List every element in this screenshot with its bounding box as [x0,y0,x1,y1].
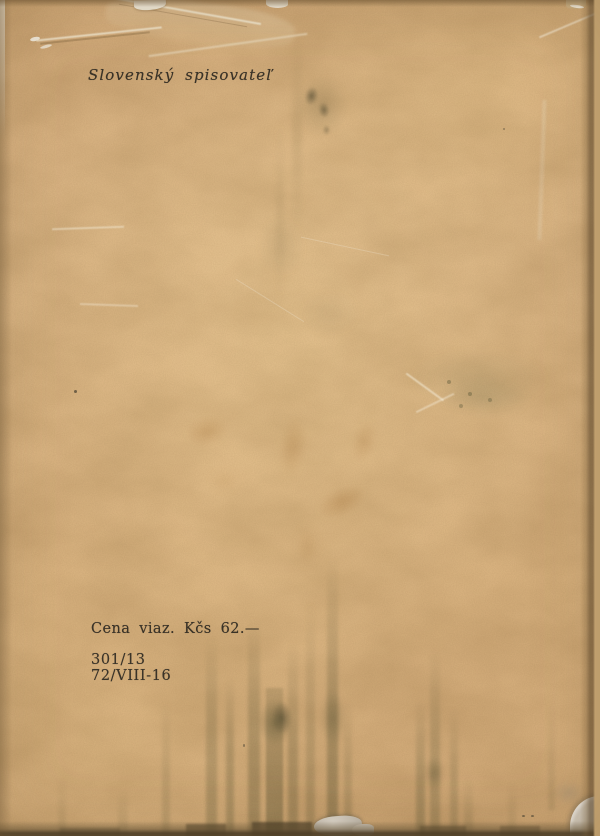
print-code-line-2: 72/VIII-16 [91,668,171,684]
publisher-imprint: Slovenský spisovateľ [88,66,273,84]
price-line: Cena viaz. Kčs 62.— [91,621,260,637]
book-back-cover: Slovenský spisovateľ Cena viaz. Kčs 62.—… [0,0,600,836]
print-code-line-1: 301/13 [91,652,146,668]
paper-surface [0,0,600,836]
